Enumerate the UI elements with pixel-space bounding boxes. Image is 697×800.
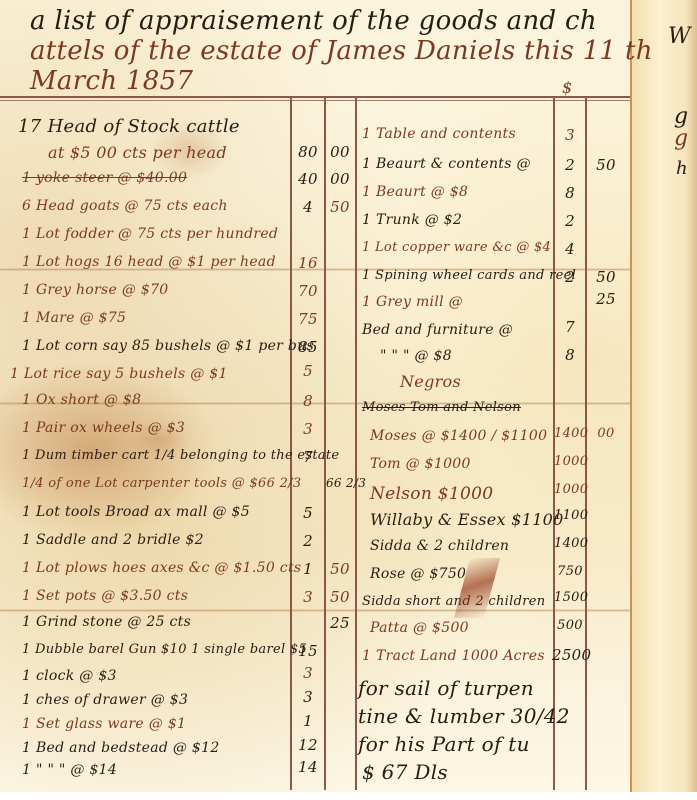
list-item: " " " @ $8 (380, 348, 452, 364)
list-item: 17 Head of Stock cattle (18, 116, 240, 137)
column-rule (355, 98, 357, 790)
list-item: Tom @ $1000 (370, 456, 471, 472)
list-item: 6 Head goats @ 75 cts each (22, 198, 228, 214)
amount-cents: 66 2/3 (326, 476, 356, 490)
list-item: 1 clock @ $3 (22, 668, 117, 684)
list-item: 1 Pair ox wheels @ $3 (22, 420, 185, 436)
amount-cents: 00 (326, 143, 354, 161)
list-item: 1 ches of drawer @ $3 (22, 692, 188, 708)
list-item: at $5 00 cts per head (48, 143, 227, 162)
amount-cents: 50 (588, 268, 624, 286)
column-rule (585, 98, 587, 790)
amount-dollars: 2 (555, 156, 585, 174)
amount-dollars: 4 (292, 198, 324, 216)
amount-dollars: 80 (292, 143, 324, 161)
list-item: 1 Spining wheel cards and reel (362, 268, 576, 283)
amount-dollars: 4 (555, 240, 585, 258)
list-item: 1/4 of one Lot carpenter tools @ $66 2/3 (22, 476, 301, 491)
fold-crease (0, 609, 697, 612)
list-item: 1 Saddle and 2 bridle $2 (22, 532, 204, 548)
amount-dollars: 12 (292, 736, 324, 754)
document-page: a list of appraisement of the goods and … (0, 0, 697, 792)
list-item: 1 Grey mill @ (362, 294, 463, 310)
amount-dollars: 2 (292, 532, 324, 550)
list-item: 1 Set pots @ $3.50 cts (22, 588, 188, 604)
amount-cents: 50 (588, 156, 624, 174)
amount-cents: 25 (326, 614, 354, 632)
list-item: 1 yoke steer @ $40.00 (22, 170, 187, 186)
amount-dollars: 3 (292, 420, 324, 438)
amount-dollars: 15 (292, 642, 324, 660)
amount-cents: 00 (326, 170, 354, 188)
list-item: Sidda & 2 children (370, 538, 509, 554)
amount-dollars: 3 (292, 588, 324, 606)
list-item: 1 Trunk @ $2 (362, 212, 462, 228)
title-line-1: a list of appraisement of the goods and … (30, 6, 597, 36)
list-item: Nelson $1000 (370, 484, 493, 504)
section-heading-negros: Negros (400, 372, 461, 391)
amount-dollars: 8 (292, 392, 324, 410)
amount-dollars: 2500 (552, 646, 588, 664)
amount-cents: 00 (588, 426, 624, 441)
note-line: tine & lumber 30/42 (358, 704, 570, 728)
margin-letter: W (668, 24, 691, 49)
list-item: 1 Bed and bedstead @ $12 (22, 740, 220, 756)
list-item: 1 Lot hogs 16 head @ $1 per head (22, 254, 276, 270)
list-item: 1 Grind stone @ 25 cts (22, 614, 191, 630)
amount-dollars: 1500 (554, 590, 586, 605)
note-line: for his Part of tu (358, 732, 530, 756)
amount-cents: 50 (326, 198, 354, 216)
note-line: for sail of turpen (358, 676, 534, 700)
amount-dollars: 1 (292, 560, 324, 578)
amount-dollars: 16 (292, 254, 324, 272)
amount-dollars: 8 (555, 346, 585, 364)
margin-letter: h (676, 158, 688, 179)
header-rule (0, 96, 630, 98)
list-item: Bed and furniture @ (362, 322, 513, 338)
amount-dollars: 85 (292, 338, 324, 356)
amount-dollars: 750 (554, 564, 586, 579)
amount-cents: 25 (588, 290, 624, 308)
amount-dollars: 7 (555, 318, 585, 336)
list-item: Patta @ $500 (370, 620, 469, 636)
list-item: 1 Lot tools Broad ax mall @ $5 (22, 504, 250, 520)
list-item: 1 Lot fodder @ 75 cts per hundred (22, 226, 278, 242)
list-item: 1 Lot plows hoes axes &c @ $1.50 cts (22, 560, 301, 576)
amount-dollars: 1000 (554, 454, 586, 469)
amount-dollars: 70 (292, 282, 324, 300)
title-line-2: attels of the estate of James Daniels th… (30, 36, 653, 66)
list-item: Sidda short and 2 children (362, 594, 545, 609)
amount-dollars: 1000 (554, 482, 586, 497)
list-item-struck: Moses Tom and Nelson (362, 400, 521, 415)
list-item: 1 Lot corn say 85 bushels @ $1 per bus (22, 338, 314, 354)
list-item: 1 Ox short @ $8 (22, 392, 141, 408)
margin-letter: g (674, 126, 688, 151)
amount-dollars: 40 (292, 170, 324, 188)
amount-dollars: 1400 (554, 426, 586, 441)
note-total: $ 67 Dls (362, 760, 448, 784)
amount-dollars: 75 (292, 310, 324, 328)
amount-dollars: 3 (292, 664, 324, 682)
list-item: 1 Table and contents (362, 126, 516, 142)
amount-dollars: 2 (555, 212, 585, 230)
list-item: Rose @ $750 (370, 566, 466, 582)
list-item: 1 Dubble barel Gun $10 1 single barel $5 (22, 642, 307, 657)
list-item: Willaby & Essex $1100 (370, 510, 564, 529)
amount-dollars: 7 (292, 448, 324, 466)
list-item: 1 Mare @ $75 (22, 310, 126, 326)
list-item: 1 Beaurt @ $8 (362, 184, 468, 200)
amount-cents: 50 (326, 588, 354, 606)
list-item: 1 Lot copper ware &c @ $4 (362, 240, 551, 255)
dollar-column-header: $ (562, 78, 572, 97)
list-item: 1 " " " @ $14 (22, 762, 117, 778)
list-item: 1 Set glass ware @ $1 (22, 716, 186, 732)
amount-dollars: 5 (292, 504, 324, 522)
amount-dollars: 1100 (554, 508, 586, 523)
amount-dollars: 8 (555, 184, 585, 202)
title-line-3: March 1857 (30, 66, 193, 96)
amount-dollars: 5 (292, 362, 324, 380)
amount-dollars: 2 (555, 268, 585, 286)
amount-dollars: 3 (292, 688, 324, 706)
list-item: 1 Lot rice say 5 bushels @ $1 (10, 366, 228, 382)
amount-dollars: 1400 (554, 536, 586, 551)
list-item: Moses @ $1400 / $1100 (370, 428, 547, 444)
list-item: 1 Grey horse @ $70 (22, 282, 169, 298)
amount-dollars: 3 (555, 126, 585, 144)
amount-cents: 50 (326, 560, 354, 578)
list-item: 1 Tract Land 1000 Acres (362, 648, 545, 664)
amount-dollars: 1 (292, 712, 324, 730)
header-rule (0, 100, 630, 101)
amount-dollars: 500 (554, 618, 586, 633)
list-item: 1 Beaurt & contents @ (362, 156, 531, 172)
amount-dollars: 14 (292, 758, 324, 776)
